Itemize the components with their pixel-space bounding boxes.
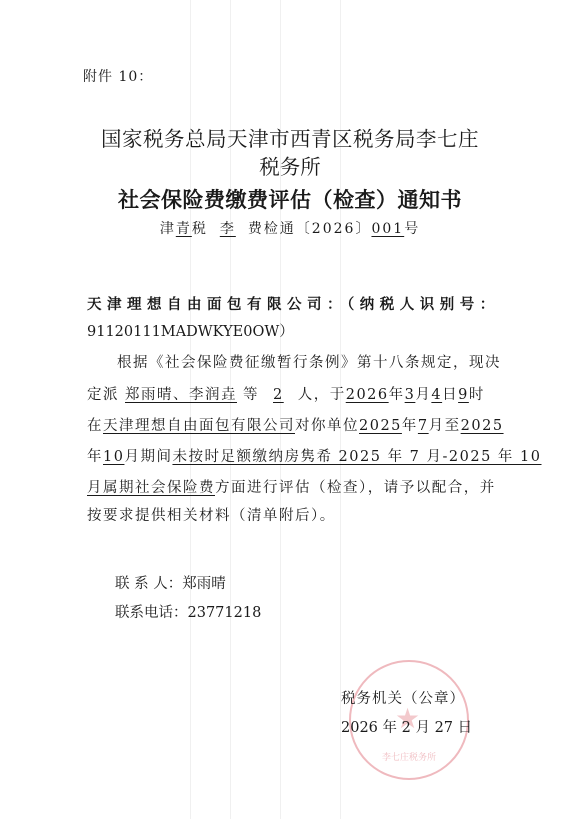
text: 年 [87,449,103,465]
contact-person: 联 系 人：郑雨晴 [115,572,226,593]
hour-field: 9 [458,387,469,403]
text: 日 [442,387,458,403]
text: 在 [87,418,103,434]
body-line-issue: 月属期社会保险费方面进行评估（检查），请予以配合，并 [87,476,496,497]
contact-phone-value: 23771218 [188,605,262,621]
doc-number-prefix2: 青 [176,221,192,237]
contact-person-value: 郑雨晴 [182,576,226,592]
period-end-year: 2025 [461,418,504,434]
doc-number-prefix3: 税 [192,221,208,237]
text: 时 [469,387,485,403]
signing-authority: 税务机关（公章） [341,687,465,708]
text: 方面进行评估（检查），请予以配合，并 [215,480,496,496]
issuing-authority-line1: 国家税务总局天津市西青区税务局李七庄 [0,122,580,152]
doc-number-suffix: 号 [404,221,420,237]
body-line-inspectors: 定派郑雨晴、李润垚等2人，于2026年3月4日9时 [87,383,485,404]
doc-number-serial: 001 [371,221,404,237]
body-line-location: 在天津理想自由面包有限公司对你单位2025年7月至2025 [87,414,504,435]
document-title: 社会保险费缴费评估（检查）通知书 [0,184,580,214]
seal-text: 李七庄税务所 [351,750,467,763]
period-start-month: 7 [418,418,429,434]
month-field: 3 [405,387,416,403]
body-line-materials: 按要求提供相关材料（清单附后）。 [87,504,336,525]
contact-phone: 联系电话：23771218 [115,601,261,622]
addressee: 天津理想自由面包有限公司：（纳税人识别号： [87,293,500,314]
text: 定派 [87,387,119,403]
contact-phone-label: 联系电话： [115,605,188,621]
issuing-authority-line2: 税务所 [0,150,580,180]
doc-number-office: 李 [208,218,248,238]
text: 月期间 [124,449,172,465]
attachment-label: 附件 10： [83,66,153,86]
text: 年 [402,418,418,434]
text: 对你单位 [295,418,359,434]
text: 等 [243,387,259,403]
doc-number-middle: 费检通〔2026〕 [248,221,372,237]
issue-date: 2026 年 2 月 27 日 [341,716,472,737]
document-number: 津青税李费检通〔2026〕001号 [0,218,580,238]
doc-number-prefix: 津 [160,221,176,237]
body-paragraph-intro: 根据《社会保险费征缴暂行条例》第十八条规定，现决 [117,351,501,372]
period-end-month: 10 [103,449,124,465]
issue-field-line2: 月属期社会保险费 [87,480,215,496]
year-field: 2026 [346,387,389,403]
inspectors-field: 郑雨晴、李润垚 [119,383,243,404]
body-line-period: 年10月期间未按时足额缴纳房隽希 2025 年 7 月-2025 年 10 [87,445,542,466]
taxpayer-id: 91120111MADWKYE0OW） [87,320,294,341]
contact-person-label: 联 系 人： [115,576,182,592]
text: 月 [415,387,431,403]
inspector-count-field: 2 [259,387,298,403]
issue-field-line1: 未按时足额缴纳房隽希 2025 年 7 月-2025 年 10 [172,449,541,465]
day-field: 4 [431,387,442,403]
text: 人，于 [298,387,346,403]
text: 年 [389,387,405,403]
text: 月至 [429,418,461,434]
location-field: 天津理想自由面包有限公司 [103,418,295,434]
period-start-year: 2025 [359,418,402,434]
